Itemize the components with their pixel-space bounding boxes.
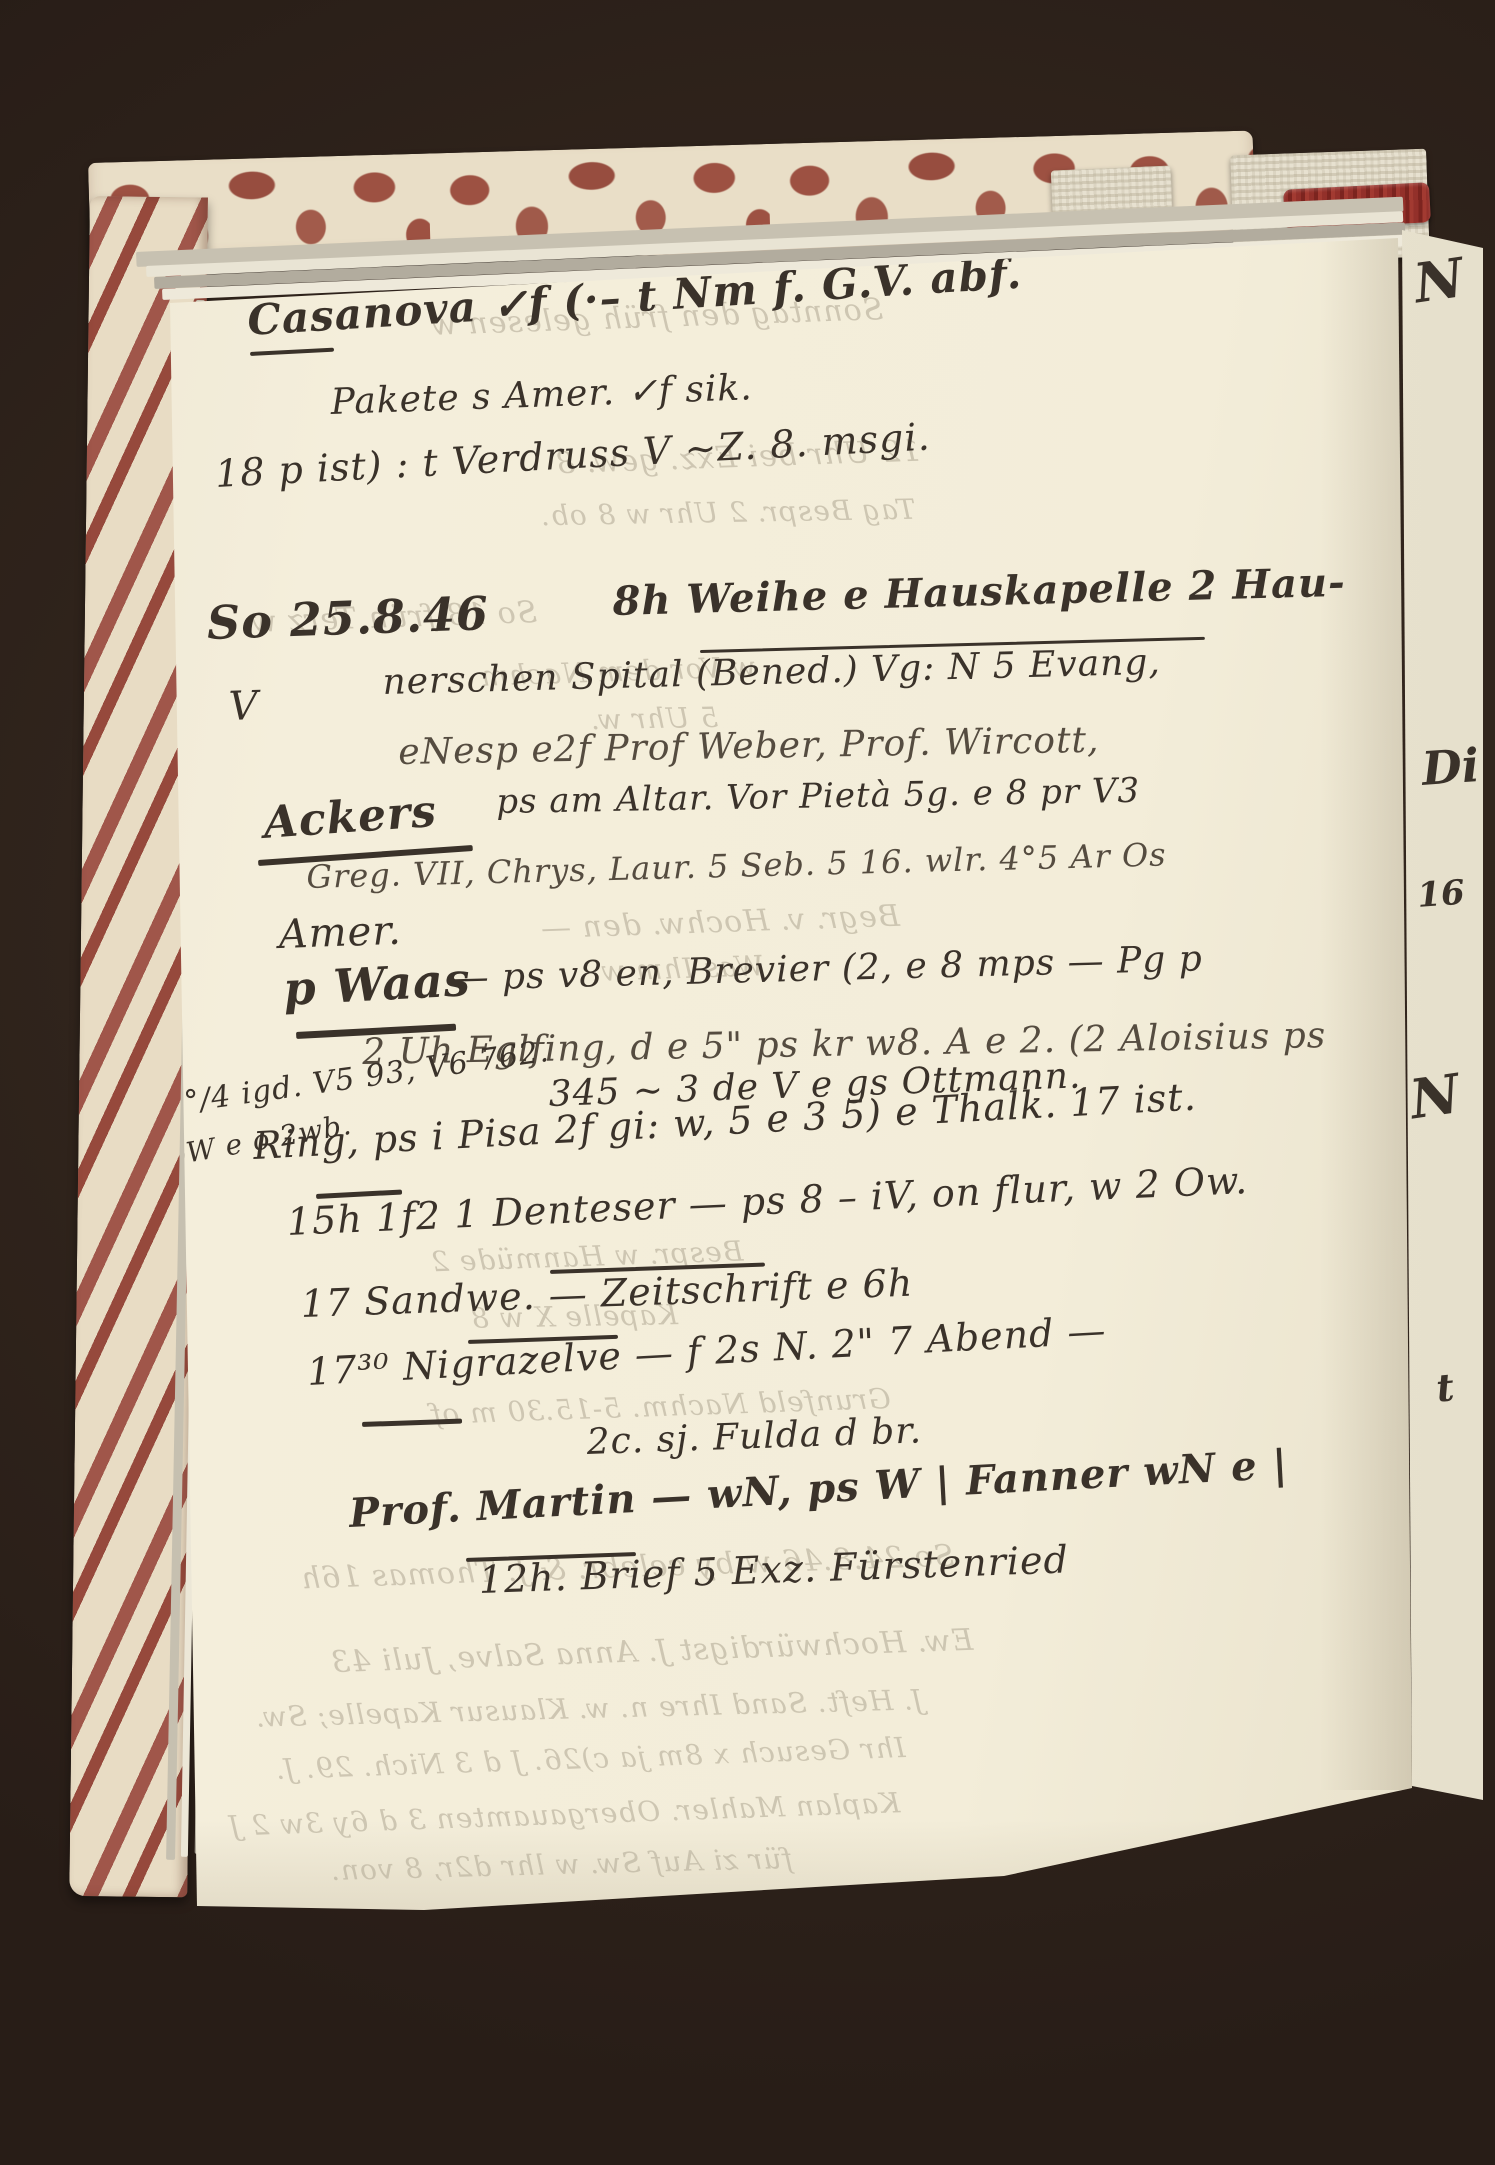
- handwriting-check-v: V: [228, 683, 259, 730]
- handwriting-line-waas: p Waas: [282, 952, 472, 1016]
- ghost-line: Ew. Hochwürdigst J. Anna Salve, Juli 43: [330, 1623, 974, 1680]
- handwriting-line-greg: Greg. VII, Chrys, Laur. 5 Seb. 5 16. wlr…: [306, 835, 1167, 896]
- photo-background: N Di 16 N t Sonntag den früh gelesen w 1…: [0, 0, 1495, 2165]
- handwriting-line-verdruss: 18 p ist) : t Verdruss V ~Z. 8. msgi.: [214, 415, 932, 496]
- next-page-mark: N: [1406, 1061, 1464, 1131]
- handwriting-line-martin: Prof. Martin — wN, ps W | Fanner wN e |: [348, 1441, 1289, 1537]
- next-page-mark: N: [1410, 245, 1468, 315]
- ghost-line: J. Heft. Sand Ihre n. w. Klausur Kapelle…: [255, 1683, 924, 1733]
- handwriting-line-brief: 12h. Brief 5 Exz. Fürstenried: [478, 1537, 1070, 1602]
- handwriting-line-altar: ps am Altar. Vor Pietà 5g. e 8 pr V3: [496, 771, 1140, 822]
- ink-underline: [250, 348, 334, 356]
- handwriting-line-weihe: 8h Weihe e Hauskapelle 2 Hau-: [612, 559, 1346, 625]
- handwriting-line-weber: eNesp e2f Prof Weber, Prof. Wircott,: [398, 720, 1100, 773]
- handwriting-line-brevier: — ps v8 en, Brevier (2, e 8 mps — Pg p: [452, 938, 1203, 999]
- main-page: Sonntag den früh gelesen w 12 Uhr bei Ex…: [0, 0, 1495, 2165]
- handwriting-line-pakete: Pakete s Amer. ✓f sik.: [330, 367, 753, 423]
- ghost-line: Tag Bespr. 2 Uhr w 8 ob.: [540, 493, 916, 533]
- ghost-line: Begr. v. Hochw. den —: [539, 899, 900, 947]
- next-page-mark: t: [1434, 1364, 1456, 1411]
- next-page-mark: 16: [1416, 873, 1466, 916]
- next-page-mark: Di: [1420, 738, 1481, 796]
- handwriting-date: So 25.8.46: [206, 586, 490, 650]
- handwriting-line-amer: Amer.: [278, 908, 402, 958]
- ghost-line: Ihr Gesuch x 8m ja c)26. J d 3 Nich. 29.…: [275, 1731, 906, 1786]
- handwriting-margin-note: 3°/4 igd. V5 93, V6 762.: [162, 1034, 552, 1123]
- handwriting-line-ackers: Ackers: [262, 786, 439, 849]
- page-gutter-shadow: [1320, 235, 1412, 1790]
- handwriting-line-denteser: 15h 1f2 1 Denteser — ps 8 – iV, on flur,…: [286, 1158, 1249, 1244]
